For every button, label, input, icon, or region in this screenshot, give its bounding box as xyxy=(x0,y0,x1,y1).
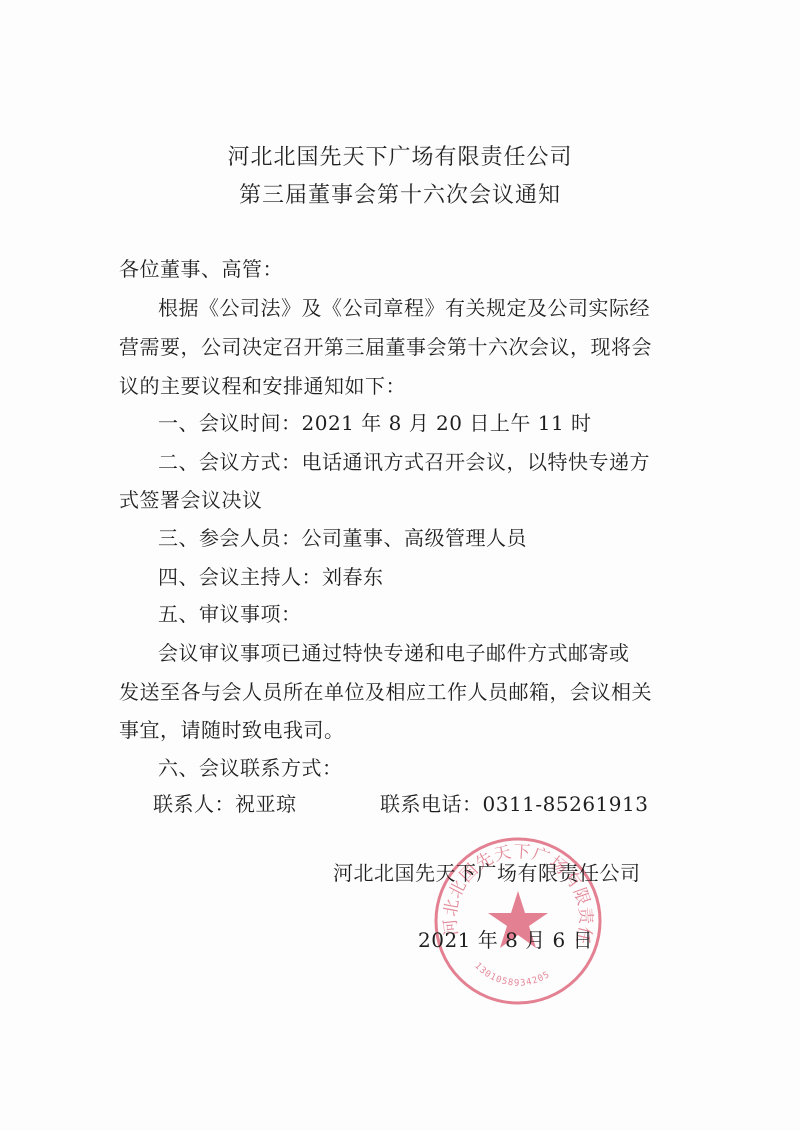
document-title-meeting: 第三届董事会第十六次会议通知 xyxy=(0,178,800,209)
contact-person: 联系人：祝亚琼 xyxy=(153,788,297,817)
greeting: 各位董事、高管： xyxy=(119,253,283,282)
item-host: 四、会议主持人：刘春东 xyxy=(158,561,384,590)
item-matters-line-3: 事宜，请随时致电我司。 xyxy=(119,714,345,743)
document-title-company: 河北北国先天下广场有限责任公司 xyxy=(0,140,800,171)
item-meeting-method-1: 二、会议方式：电话通讯方式召开会议，以特快专递方 xyxy=(158,446,650,475)
svg-text:1301058934205: 1301058934205 xyxy=(472,961,552,989)
intro-line-1: 根据《公司法》及《公司章程》有关规定及公司实际经 xyxy=(158,292,650,321)
item-meeting-method-2: 式签署会议决议 xyxy=(119,484,263,513)
signature-company: 河北北国先天下广场有限责任公司 xyxy=(333,857,641,886)
item-attendees: 三、参会人员：公司董事、高级管理人员 xyxy=(158,522,527,551)
item-matters-line-1: 会议审议事项已通过特快专递和电子邮件方式邮寄或 xyxy=(158,637,630,666)
item-meeting-time: 一、会议时间：2021 年 8 月 20 日上午 11 时 xyxy=(158,407,592,436)
signature-date: 2021 年 8 月 6 日 xyxy=(418,924,593,953)
document-page: 河北北国先天下广场有限责任公司 第三届董事会第十六次会议通知 各位董事、高管： … xyxy=(0,0,800,1131)
contact-phone: 联系电话：0311-85261913 xyxy=(380,788,648,817)
item-contact-heading: 六、会议联系方式： xyxy=(158,752,343,781)
intro-line-2: 营需要，公司决定召开第三届董事会第十六次会议，现将会 xyxy=(119,331,652,360)
item-matters-heading: 五、审议事项： xyxy=(158,598,302,627)
item-matters-line-2: 发送至各与会人员所在单位及相应工作人员邮箱，会议相关 xyxy=(119,676,652,705)
intro-line-3: 议的主要议程和安排通知如下： xyxy=(119,370,406,399)
